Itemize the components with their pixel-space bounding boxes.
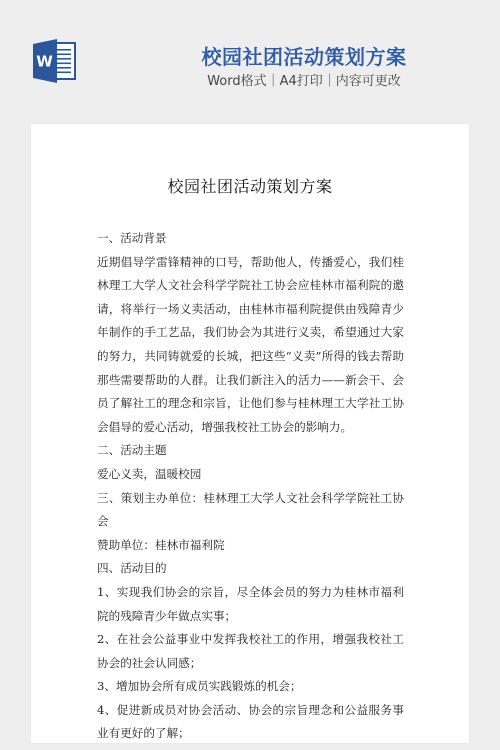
document-page: 校园社团活动策划方案 一、活动背景 近期倡导学雷锋精神的口号，帮助他人，传播爱心…: [31, 124, 469, 743]
list-item-purpose-2: 2、在社会公益事业中发挥我校社工的作用，增强我校社工协会的社会认同感；: [97, 628, 404, 675]
preview-title: 校园社团活动策划方案: [0, 44, 500, 70]
list-item-purpose-3: 3、增加协会所有成员实践锻炼的机会；: [97, 675, 404, 699]
section-heading-organizer: 三、策划主办单位：桂林理工大学人文社会科学学院社工协会: [97, 487, 404, 534]
list-item-purpose-1: 1、实现我们协会的宗旨，尽全体会员的努力为桂林市福利院的残障青少年做点实事；: [97, 581, 404, 628]
paragraph-theme: 爱心义卖，温暖校园: [97, 463, 404, 487]
paragraph-sponsor: 赞助单位：桂林市福利院: [97, 534, 404, 558]
section-heading-background: 一、活动背景: [97, 227, 404, 251]
paragraph-background: 近期倡导学雷锋精神的口号，帮助他人，传播爱心，我们桂林理工大学人文社会科学学院社…: [97, 251, 404, 440]
preview-header: W 校园社团活动策划方案 Word格式｜A4打印｜内容可更改: [0, 0, 500, 124]
preview-subtitle: Word格式｜A4打印｜内容可更改: [0, 73, 500, 91]
section-heading-purpose: 四、活动目的: [97, 557, 404, 581]
document-body: 一、活动背景 近期倡导学雷锋精神的口号，帮助他人，传播爱心，我们桂林理工大学人文…: [97, 227, 404, 746]
document-title: 校园社团活动策划方案: [31, 176, 469, 198]
section-heading-theme: 二、活动主题: [97, 439, 404, 463]
list-item-purpose-4: 4、促进新成员对协会活动、协会的宗旨理念和公益服务事业有更好的了解；: [97, 699, 404, 746]
